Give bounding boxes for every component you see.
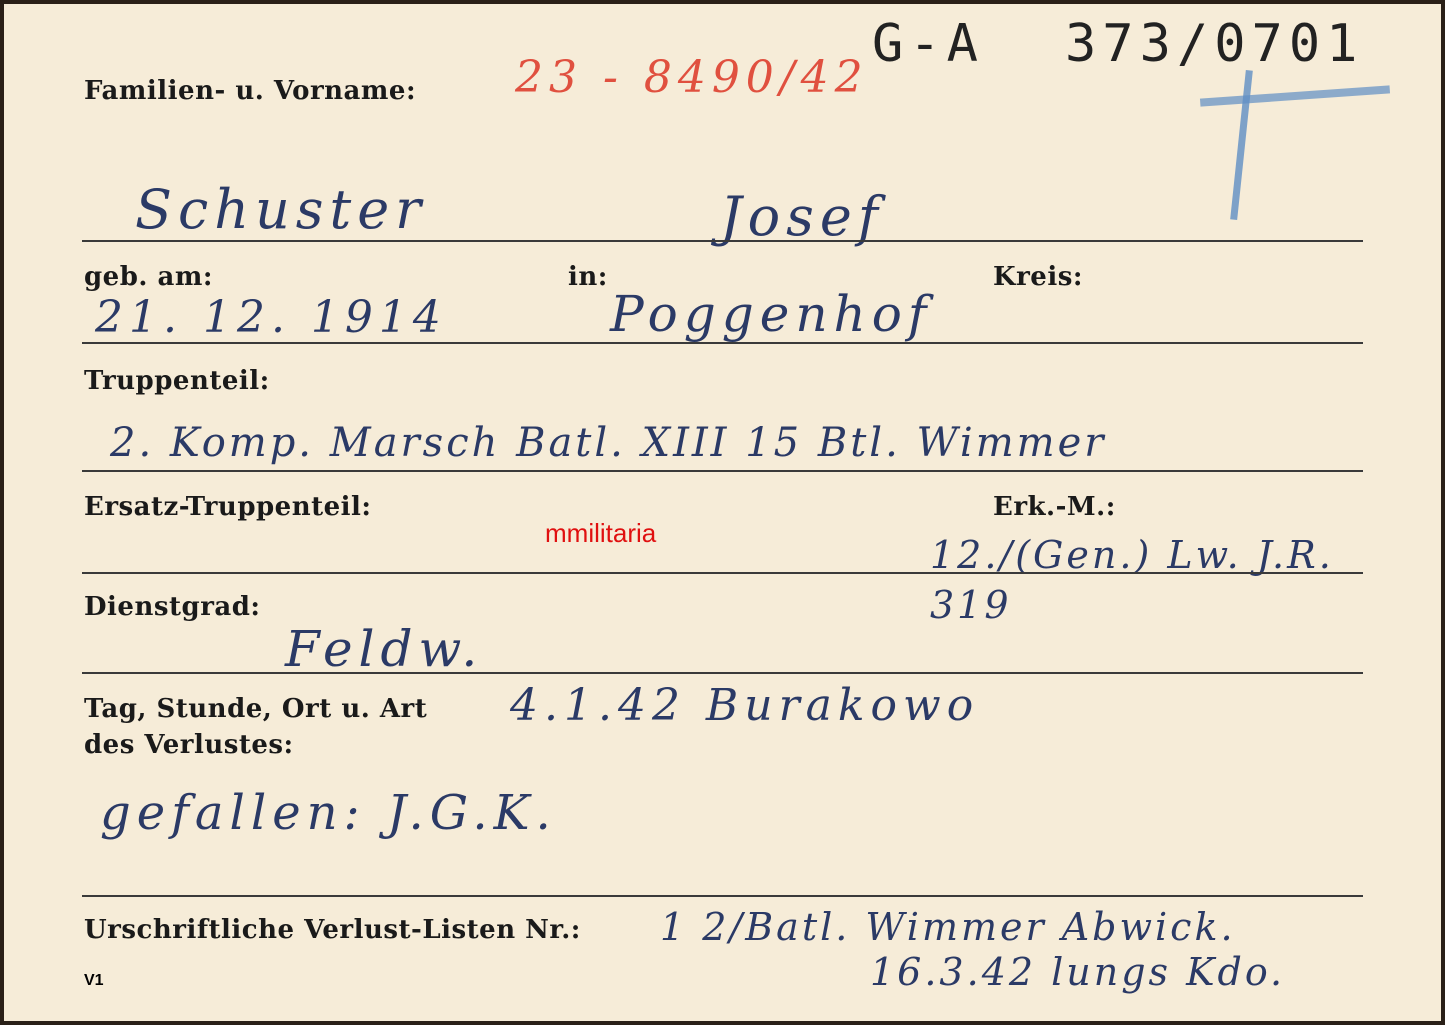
loss-label-1: Tag, Stunde, Ort u. Art (84, 694, 427, 724)
replacement-unit-label: Ersatz-Truppenteil: (84, 492, 372, 522)
loss-list-value-2: 16.3.42 lungs Kdo. (870, 950, 1285, 994)
loss-date-place: 4.1.42 Burakowo (510, 680, 979, 731)
loss-list-label: Urschriftliche Verlust-Listen Nr.: (84, 915, 581, 945)
birth-place: Poggenhof (610, 285, 932, 343)
stamp-prefix: G-A (872, 14, 984, 74)
surname: Schuster (135, 178, 427, 241)
cross-mark-bar (1200, 85, 1390, 106)
divider (82, 572, 1363, 574)
divider (82, 470, 1363, 472)
birth-place-label: in: (568, 262, 608, 292)
cross-mark-icon (1230, 70, 1253, 220)
loss-label-2: des Verlustes: (84, 730, 294, 760)
divider (82, 240, 1363, 242)
divider (82, 342, 1363, 344)
birth-date: 21. 12. 1914 (95, 292, 447, 343)
stamp-number: 373/0701 (1065, 14, 1363, 74)
erk-label: Erk.-M.: (993, 492, 1116, 522)
given-name: Josef (720, 185, 884, 248)
birth-date-label: geb. am: (84, 262, 213, 292)
rank-value: Feldw. (285, 620, 483, 678)
unit-label: Truppenteil: (84, 366, 270, 396)
watermark: mmilitaria (545, 518, 656, 549)
case-number: 23 - 8490/42 (515, 52, 869, 103)
name-label: Familien- u. Vorname: (84, 76, 416, 106)
divider (82, 672, 1363, 674)
personnel-card: G-A 373/0701 Familien- u. Vorname: 23 - … (0, 0, 1445, 1025)
loss-type: gefallen: J.G.K. (100, 785, 557, 841)
district-label: Kreis: (993, 262, 1083, 292)
unit-value: 2. Komp. Marsch Batl. XIII 15 Btl. Wimme… (110, 420, 1106, 466)
form-code: V1 (84, 972, 104, 990)
divider (82, 895, 1363, 897)
rank-label: Dienstgrad: (84, 592, 261, 622)
erk-value: 12./(Gen.) Lw. J.R. 319 (930, 530, 1400, 630)
loss-list-value-1: 1 2/Batl. Wimmer Abwick. (660, 905, 1236, 949)
